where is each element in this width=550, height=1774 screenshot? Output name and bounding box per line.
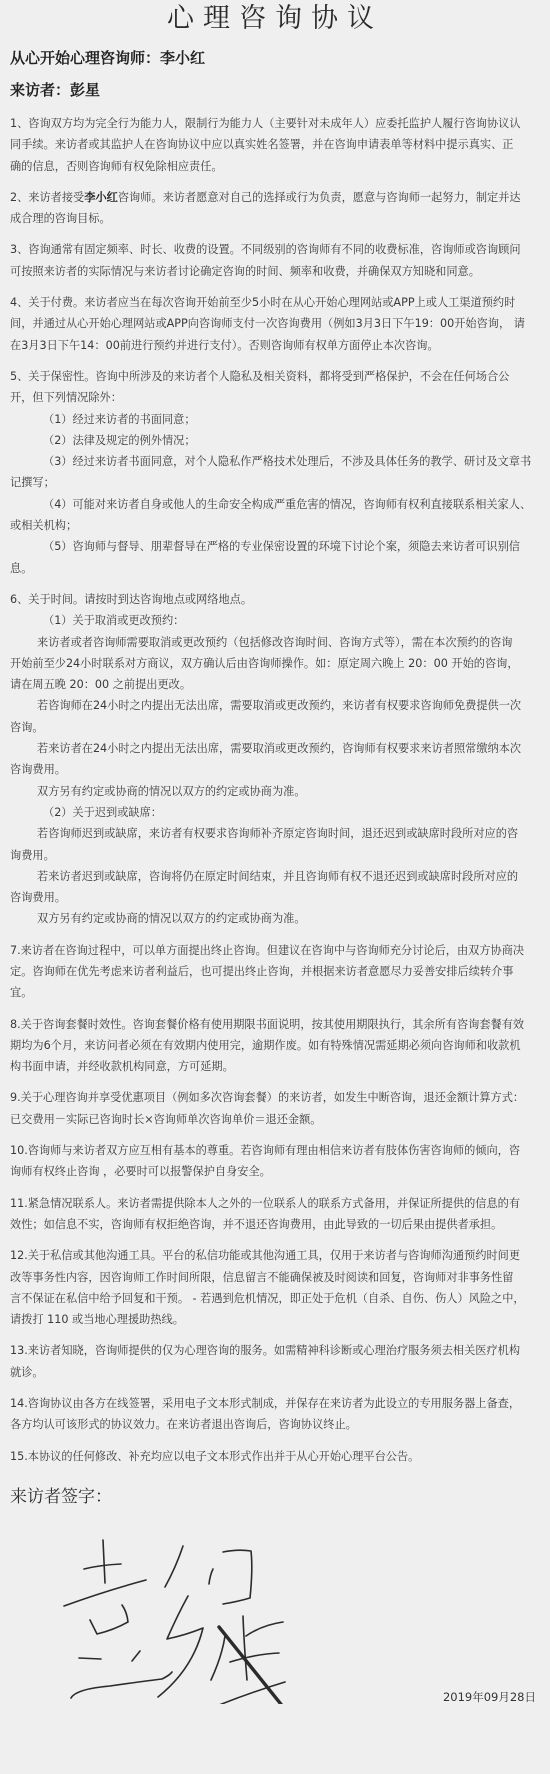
clause-15: 15.本协议的任何修改、补充均应以电子文本形式作出并于从心开始心理平台公告。 (10, 1446, 540, 1467)
clause-line: 8.关于咨询套餐时效性。咨询套餐价格有使用期限书面说明，按其使用期限执行，其余所… (10, 1014, 540, 1035)
clause-line: 询费用。 (10, 845, 540, 866)
clause-line: （2）法律及规定的例外情况； (10, 430, 540, 451)
clause-line: 请拨打 110 或当地心理援助热线。 (10, 1309, 540, 1330)
client-line: 来访者：彭星 (10, 74, 540, 106)
clause-line: 请在周五晚 20：00 之前提出更改。 (10, 674, 540, 695)
clause-10: 10.咨询师与来访者双方应互相有基本的尊重。若咨询师有理由相信来访者有肢体伤害咨… (10, 1140, 540, 1183)
clause-2: 2、来访者接受李小红咨询师。来访者愿意对自己的选择或行为负责，愿意与咨询师一起努… (10, 187, 540, 230)
clause-line: （1）经过来访者的书面同意； (10, 409, 540, 430)
handwritten-signature (10, 1509, 550, 1704)
clause-line: 就诊。 (10, 1362, 540, 1383)
counselor-name-inline: 李小红 (84, 191, 118, 204)
clause-line: 在3月3日下午14：00前进行预约并进行支付）。否则咨询师有权单方面停止本次咨询… (10, 335, 540, 356)
clause-text: 咨询师。来访者愿意对自己的选择或行为负责，愿意与咨询师一起努力，制定并达 (118, 191, 521, 204)
agreement-document: 心理咨询协议 从心开始心理咨询师：李小红 来访者：彭星 1、咨询双方均为完全行为… (0, 0, 550, 1704)
clause-line: 改等事务性内容，因咨询师工作时间所限，信息留言不能确保被及时阅读和回复，咨询师对… (10, 1267, 540, 1288)
clause-line: 定。咨询师在优先考虑来访者利益后，也可提出终止咨询，并根据来访者意愿尽力妥善安排… (10, 961, 540, 982)
clause-line: 同手续。来访者或其监护人在咨询协议中应以真实姓名签署，并在咨询申请表单等材料中提… (10, 134, 540, 155)
clause-line: 构书面申请，并经收款机构同意，方可延期。 (10, 1056, 540, 1077)
clause-8: 8.关于咨询套餐时效性。咨询套餐价格有使用期限书面说明，按其使用期限执行，其余所… (10, 1014, 540, 1078)
clause-line: （4）可能对来访者自身或他人的生命安全构成严重危害的情况，咨询师有权利直接联系相… (10, 494, 540, 515)
clause-14: 14.咨询协议由各方在线签署，采用电子文本形式制成，并保存在来访者为此设立的专用… (10, 1393, 540, 1436)
clause-line: 确的信息，否则咨询师有权免除相应责任。 (10, 156, 540, 177)
clause-line: 15.本协议的任何修改、补充均应以电子文本形式作出并于从心开始心理平台公告。 (10, 1446, 540, 1467)
counselor-name: 李小红 (160, 49, 205, 67)
clause-line: 13.来访者知晓，咨询师提供的仅为心理咨询的服务。如需精神科诊断或心理治疗服务须… (10, 1340, 540, 1361)
clause-line: 若咨询师在24小时之内提出无法出席，需要取消或更改预约，来访者有权要求咨询师免费… (10, 695, 540, 716)
clause-line: 言不保证在私信中给予回复和干预。 - 若遇到危机情况，即正处于危机（自杀、自伤、… (10, 1288, 540, 1309)
clause-line: 开始前至少24小时联系对方商议，双方确认后由咨询师操作。如：原定周六晚上 20：… (10, 653, 540, 674)
clause-line: 间，并通过从心开始心理网站或APP向咨询师支付一次咨询费用（例如3月3日下午19… (10, 313, 540, 334)
clause-13: 13.来访者知晓，咨询师提供的仅为心理咨询的服务。如需精神科诊断或心理治疗服务须… (10, 1340, 540, 1383)
clause-11: 11.紧急情况联系人。来访者需提供除本人之外的一位联系人的联系方式备用，并保证所… (10, 1193, 540, 1236)
clause-7: 7.来访者在咨询过程中，可以单方面提出终止咨询。但建议在咨询中与咨询师充分讨论后… (10, 940, 540, 1004)
clause-line: 已交费用－实际已咨询时长×咨询师单次咨询单价＝退还金额。 (10, 1109, 540, 1130)
signature-date: 2019年09月28日 (443, 1689, 536, 1705)
clause-line: 1、咨询双方均为完全行为能力人，限制行为能力人（主要针对未成年人）应委托监护人履… (10, 113, 540, 134)
clause-line: 咨询费用。 (10, 887, 540, 908)
clause-line: 6、关于时间。请按时到达咨询地点或网络地点。 (10, 589, 540, 610)
clause-line: （3）经过来访者书面同意，对个人隐私作严格技术处理后，不涉及具体任务的教学、研讨… (10, 451, 540, 472)
clause-line: 记撰写； (10, 472, 540, 493)
clause-6: 6、关于时间。请按时到达咨询地点或网络地点。（1）关于取消或更改预约：来访者或者… (10, 589, 540, 930)
clause-line: 可按照来访者的实际情况与来访者讨论确定咨询的时间、频率和收费，并确保双方知晓和同… (10, 261, 540, 282)
clause-line: 5、关于保密性。咨询中所涉及的来访者个人隐私及相关资料，都将受到严格保护，不会在… (10, 366, 540, 387)
clause-text: 2、来访者接受 (10, 191, 84, 204)
clause-4: 4、关于付费。来访者应当在每次咨询开始前至少5小时在从心开始心理网站或APP上或… (10, 292, 540, 356)
clause-line: 宜。 (10, 982, 540, 1003)
clause-line: 开，但下列情况除外： (10, 387, 540, 408)
clause-line: 11.紧急情况联系人。来访者需提供除本人之外的一位联系人的联系方式备用，并保证所… (10, 1193, 540, 1214)
clause-line: 9.关于心理咨询并享受优惠项目（例如多次咨询套餐）的来访者，如发生中断咨询，退还… (10, 1087, 540, 1108)
clause-line: 双方另有约定或协商的情况以双方的约定或协商为准。 (10, 908, 540, 929)
clause-3: 3、咨询通常有固定频率、时长、收费的设置。不同级别的咨询师有不同的收费标准，咨询… (10, 239, 540, 282)
clause-line: 各方均认可该形式的协议效力。在来访者退出咨询后，咨询协议终止。 (10, 1414, 540, 1435)
clause-12: 12.关于私信或其他沟通工具。平台的私信功能或其他沟通工具，仅用于来访者与咨询师… (10, 1245, 540, 1330)
clause-line: 若咨询师迟到或缺席，来访者有权要求咨询师补齐原定咨询时间，退还迟到或缺席时段所对… (10, 823, 540, 844)
clause-list: 1、咨询双方均为完全行为能力人，限制行为能力人（主要针对未成年人）应委托监护人履… (10, 113, 540, 1467)
counselor-label: 从心开始心理咨询师： (10, 49, 160, 67)
signature-area (10, 1509, 540, 1704)
clause-line: 咨询费用。 (10, 759, 540, 780)
clause-line: 12.关于私信或其他沟通工具。平台的私信功能或其他沟通工具，仅用于来访者与咨询师… (10, 1245, 540, 1266)
clause-line: 若来访者在24小时之内提出无法出席，需要取消或更改预约，咨询师有权要求来访者照常… (10, 738, 540, 759)
client-label: 来访者： (10, 81, 70, 99)
clause-line: 10.咨询师与来访者双方应互相有基本的尊重。若咨询师有理由相信来访者有肢体伤害咨… (10, 1140, 540, 1161)
clause-line: 或相关机构； (10, 515, 540, 536)
clause-line: （1）关于取消或更改预约： (10, 610, 540, 631)
signature-label: 来访者签字： (10, 1485, 540, 1509)
clause-5: 5、关于保密性。咨询中所涉及的来访者个人隐私及相关资料，都将受到严格保护，不会在… (10, 366, 540, 579)
clause-line: 期均为6个月，来访问者必须在有效期内使用完，逾期作废。如有特殊情况需延期必须向咨… (10, 1035, 540, 1056)
clause-line: 14.咨询协议由各方在线签署，采用电子文本形式制成，并保存在来访者为此设立的专用… (10, 1393, 540, 1414)
clause-line: 咨询。 (10, 717, 540, 738)
clause-line: 4、关于付费。来访者应当在每次咨询开始前至少5小时在从心开始心理网站或APP上或… (10, 292, 540, 313)
clause-line: 3、咨询通常有固定频率、时长、收费的设置。不同级别的咨询师有不同的收费标准，咨询… (10, 239, 540, 260)
clause-line: 息。 (10, 558, 540, 579)
clause-line: （5）咨询师与督导、朋辈督导在严格的专业保密设置的环境下讨论个案，须隐去来访者可… (10, 536, 540, 557)
clause-line: 双方另有约定或协商的情况以双方的约定或协商为准。 (10, 781, 540, 802)
clause-9: 9.关于心理咨询并享受优惠项目（例如多次咨询套餐）的来访者，如发生中断咨询，退还… (10, 1087, 540, 1130)
clause-line: 2、来访者接受李小红咨询师。来访者愿意对自己的选择或行为负责，愿意与咨询师一起努… (10, 187, 540, 208)
page-title: 心理咨询协议 (10, 0, 540, 38)
clause-line: 询师有权终止咨询 ，必要时可以报警保护自身安全。 (10, 1161, 540, 1182)
clause-line: 7.来访者在咨询过程中，可以单方面提出终止咨询。但建议在咨询中与咨询师充分讨论后… (10, 940, 540, 961)
clause-1: 1、咨询双方均为完全行为能力人，限制行为能力人（主要针对未成年人）应委托监护人履… (10, 113, 540, 177)
client-name: 彭星 (70, 81, 100, 99)
clause-line: 效性；如信息不实，咨询师有权拒绝咨询，并不退还咨询费用，由此导致的一切后果由提供… (10, 1214, 540, 1235)
clause-line: （2）关于迟到或缺席： (10, 802, 540, 823)
clause-line: 成合理的咨询目标。 (10, 208, 540, 229)
clause-line: 若来访者迟到或缺席，咨询将仍在原定时间结束，并且咨询师有权不退还迟到或缺席时段所… (10, 866, 540, 887)
clause-line: 来访者或者咨询师需要取消或更改预约（包括修改咨询时间、咨询方式等），需在本次预约… (10, 632, 540, 653)
counselor-line: 从心开始心理咨询师：李小红 (10, 42, 540, 74)
